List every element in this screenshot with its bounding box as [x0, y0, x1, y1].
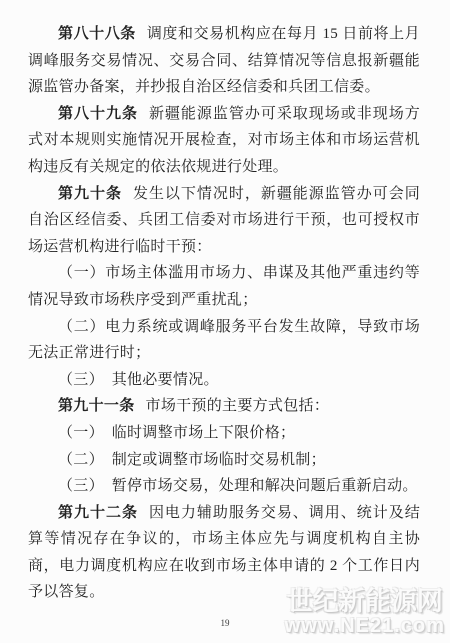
watermark: 世纪新能源网 www.NE21.com [285, 588, 445, 637]
watermark-site-name: 世纪新能源网 [285, 588, 445, 615]
article-90-number: 第九十条 [58, 186, 122, 202]
article-91-item-2-text: （二） 制定或调整市场临时交易机制； [58, 452, 326, 468]
article-90-item-2-text: （二）电力系统或调峰服务平台发生故障，导致市场无法正常进行时； [28, 319, 420, 362]
article-91-text: 市场干预的主要方式包括： [146, 398, 330, 414]
article-92-number: 第九十二条 [58, 505, 138, 521]
article-90-paragraph: 第九十条发生以下情况时，新疆能源监管办可会同自治区经信委、兵团工信委对市场进行干… [28, 181, 420, 261]
article-91-item-2: （二） 制定或调整市场临时交易机制； [28, 447, 420, 474]
article-91-paragraph: 第九十一条市场干预的主要方式包括： [28, 393, 420, 420]
article-91-item-3-text: （三） 暂停市场交易，处理和解决问题后重新启动。 [58, 478, 418, 494]
article-88-paragraph: 第八十八条调度和交易机构应在每月 15 日前将上月调峰服务交易情况、交易合同、结… [28, 21, 420, 101]
article-91-item-1: （一） 临时调整市场上下限价格； [28, 420, 420, 447]
document-page: 第八十八条调度和交易机构应在每月 15 日前将上月调峰服务交易情况、交易合同、结… [28, 21, 420, 606]
watermark-site-url: www.NE21.com [285, 616, 445, 637]
article-90-item-3-text: （三） 其他必要情况。 [58, 372, 219, 388]
article-91-item-1-text: （一） 临时调整市场上下限价格； [58, 425, 295, 441]
article-90-item-1: （一）市场主体滥用市场力、串谋及其他严重违约等情况导致市场秩序受到严重扰乱； [28, 260, 420, 313]
article-88-number: 第八十八条 [58, 26, 136, 42]
article-91-number: 第九十一条 [58, 398, 135, 414]
article-90-item-1-text: （一）市场主体滥用市场力、串谋及其他严重违约等情况导致市场秩序受到严重扰乱； [28, 265, 420, 308]
article-90-item-3: （三） 其他必要情况。 [28, 367, 420, 394]
article-89-number: 第八十九条 [58, 106, 138, 122]
article-90-item-2: （二）电力系统或调峰服务平台发生故障，导致市场无法正常进行时； [28, 314, 420, 367]
article-91-item-3: （三） 暂停市场交易，处理和解决问题后重新启动。 [28, 473, 420, 500]
article-89-paragraph: 第八十九条新疆能源监管办可采取现场或非现场方式对本规则实施情况开展检查，对市场主… [28, 101, 420, 181]
